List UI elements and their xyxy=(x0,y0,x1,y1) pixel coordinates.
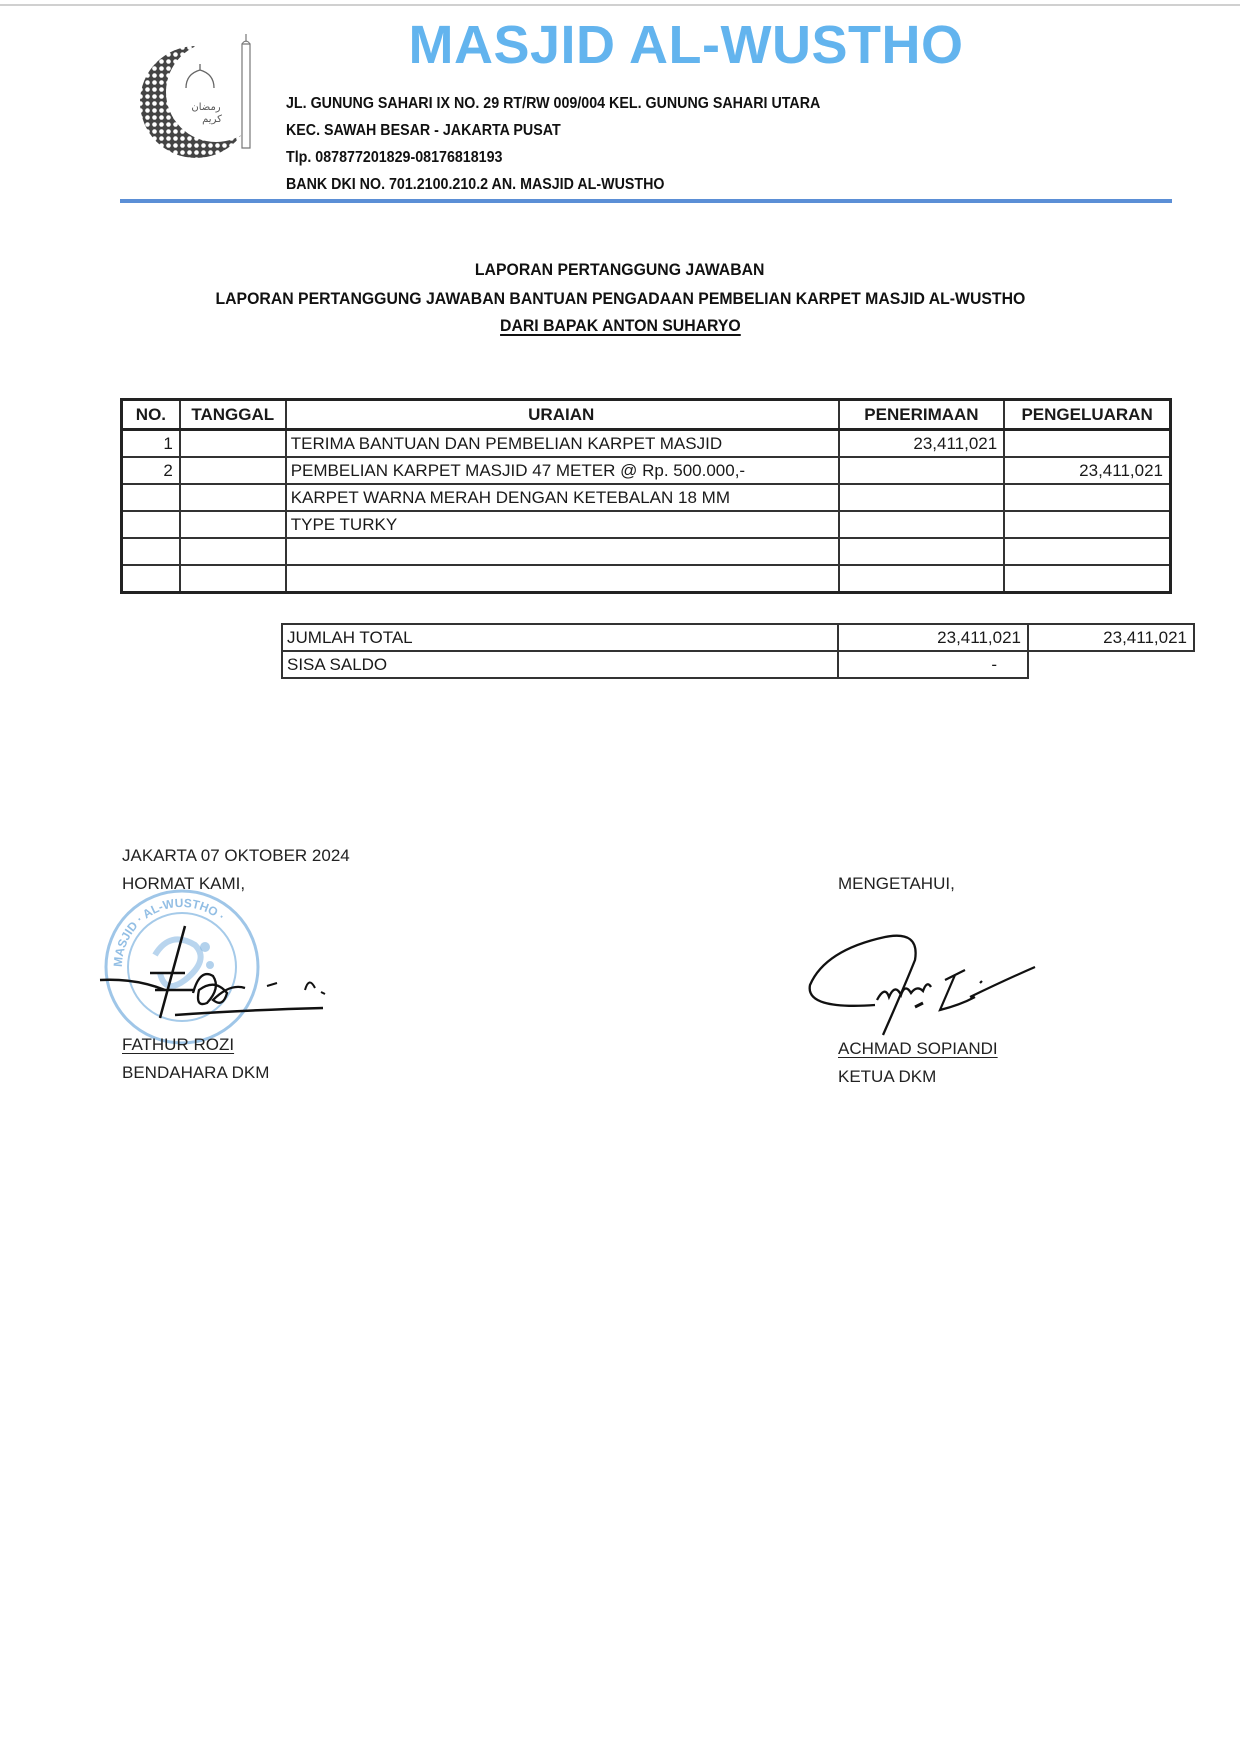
totals-table: JUMLAH TOTAL 23,411,021 23,411,021 SISA … xyxy=(281,623,1195,679)
page-top-edge xyxy=(0,4,1240,6)
org-name: MASJID AL-WUSTHO xyxy=(0,14,1240,76)
cell-no xyxy=(122,538,180,565)
cell-penerimaan xyxy=(839,457,1005,484)
saldo-row: SISA SALDO - xyxy=(282,651,1194,678)
cell-uraian: TERIMA BANTUAN DAN PEMBELIAN KARPET MASJ… xyxy=(286,430,839,458)
total-penerimaan: 23,411,021 xyxy=(838,624,1028,651)
cell-pengeluaran xyxy=(1004,430,1170,458)
chairman-name: ACHMAD SOPIANDI xyxy=(838,1039,998,1059)
svg-text:ﺭﻣﻀﺎﻥ: ﺭﻣﻀﺎﻥ xyxy=(191,102,220,113)
cell-pengeluaran xyxy=(1004,538,1170,565)
cell-no: 1 xyxy=(122,430,180,458)
cell-penerimaan xyxy=(839,565,1005,593)
chairman-role: KETUA DKM xyxy=(838,1067,936,1087)
cell-uraian: KARPET WARNA MERAH DENGAN KETEBALAN 18 M… xyxy=(286,484,839,511)
cell-tanggal xyxy=(180,538,286,565)
cell-penerimaan xyxy=(839,538,1005,565)
saldo-empty xyxy=(1028,651,1194,678)
table-row xyxy=(122,538,1171,565)
table-header-row: NO. TANGGAL URAIAN PENERIMAAN PENGELUARA… xyxy=(122,400,1171,430)
transaction-table: NO. TANGGAL URAIAN PENERIMAAN PENGELUARA… xyxy=(120,398,1172,594)
place-date: JAKARTA 07 OKTOBER 2024 xyxy=(122,846,350,866)
treasurer-signature-icon xyxy=(95,918,345,1028)
cell-uraian xyxy=(286,538,839,565)
header-no: NO. xyxy=(122,400,180,430)
cell-tanggal xyxy=(180,511,286,538)
cell-pengeluaran: 23,411,021 xyxy=(1004,457,1170,484)
phone-line: Tlp. 087877201829-08176818193 xyxy=(286,149,502,167)
report-subtitle: LAPORAN PERTANGGUNG JAWABAN BANTUAN PENG… xyxy=(0,289,1240,309)
letterhead-divider xyxy=(120,199,1172,203)
svg-text:ﻛﺮﻳﻢ: ﻛﺮﻳﻢ xyxy=(202,114,222,125)
header-penerimaan: PENERIMAAN xyxy=(839,400,1005,430)
cell-no xyxy=(122,511,180,538)
header-uraian: URAIAN xyxy=(286,400,839,430)
report-title: LAPORAN PERTANGGUNG JAWABAN xyxy=(0,260,1240,280)
cell-no xyxy=(122,565,180,593)
cell-penerimaan xyxy=(839,511,1005,538)
treasurer-role: BENDAHARA DKM xyxy=(122,1063,269,1083)
saldo-label: SISA SALDO xyxy=(282,651,838,678)
total-label: JUMLAH TOTAL xyxy=(282,624,838,651)
right-salutation: MENGETAHUI, xyxy=(838,874,955,894)
cell-penerimaan: 23,411,021 xyxy=(839,430,1005,458)
treasurer-name: FATHUR ROZI xyxy=(122,1035,234,1055)
table-row: KARPET WARNA MERAH DENGAN KETEBALAN 18 M… xyxy=(122,484,1171,511)
cell-uraian xyxy=(286,565,839,593)
cell-pengeluaran xyxy=(1004,484,1170,511)
cell-pengeluaran xyxy=(1004,511,1170,538)
table-row: 2PEMBELIAN KARPET MASJID 47 METER @ Rp. … xyxy=(122,457,1171,484)
header-pengeluaran: PENGELUARAN xyxy=(1004,400,1170,430)
address-line-2: KEC. SAWAH BESAR - JAKARTA PUSAT xyxy=(286,122,561,140)
table-row xyxy=(122,565,1171,593)
cell-no: 2 xyxy=(122,457,180,484)
address-line-1: JL. GUNUNG SAHARI IX NO. 29 RT/RW 009/00… xyxy=(286,95,820,113)
cell-penerimaan xyxy=(839,484,1005,511)
cell-tanggal xyxy=(180,457,286,484)
bank-line: BANK DKI NO. 701.2100.210.2 AN. MASJID A… xyxy=(286,176,665,194)
saldo-value: - xyxy=(838,651,1028,678)
cell-tanggal xyxy=(180,430,286,458)
header-tanggal: TANGGAL xyxy=(180,400,286,430)
total-row: JUMLAH TOTAL 23,411,021 23,411,021 xyxy=(282,624,1194,651)
cell-no xyxy=(122,484,180,511)
cell-uraian: TYPE TURKY xyxy=(286,511,839,538)
report-donor: DARI BAPAK ANTON SUHARYO xyxy=(0,316,1240,336)
cell-pengeluaran xyxy=(1004,565,1170,593)
total-pengeluaran: 23,411,021 xyxy=(1028,624,1194,651)
cell-uraian: PEMBELIAN KARPET MASJID 47 METER @ Rp. 5… xyxy=(286,457,839,484)
cell-tanggal xyxy=(180,484,286,511)
table-row: TYPE TURKY xyxy=(122,511,1171,538)
cell-tanggal xyxy=(180,565,286,593)
chairman-signature-icon xyxy=(805,925,1040,1045)
table-row: 1TERIMA BANTUAN DAN PEMBELIAN KARPET MAS… xyxy=(122,430,1171,458)
